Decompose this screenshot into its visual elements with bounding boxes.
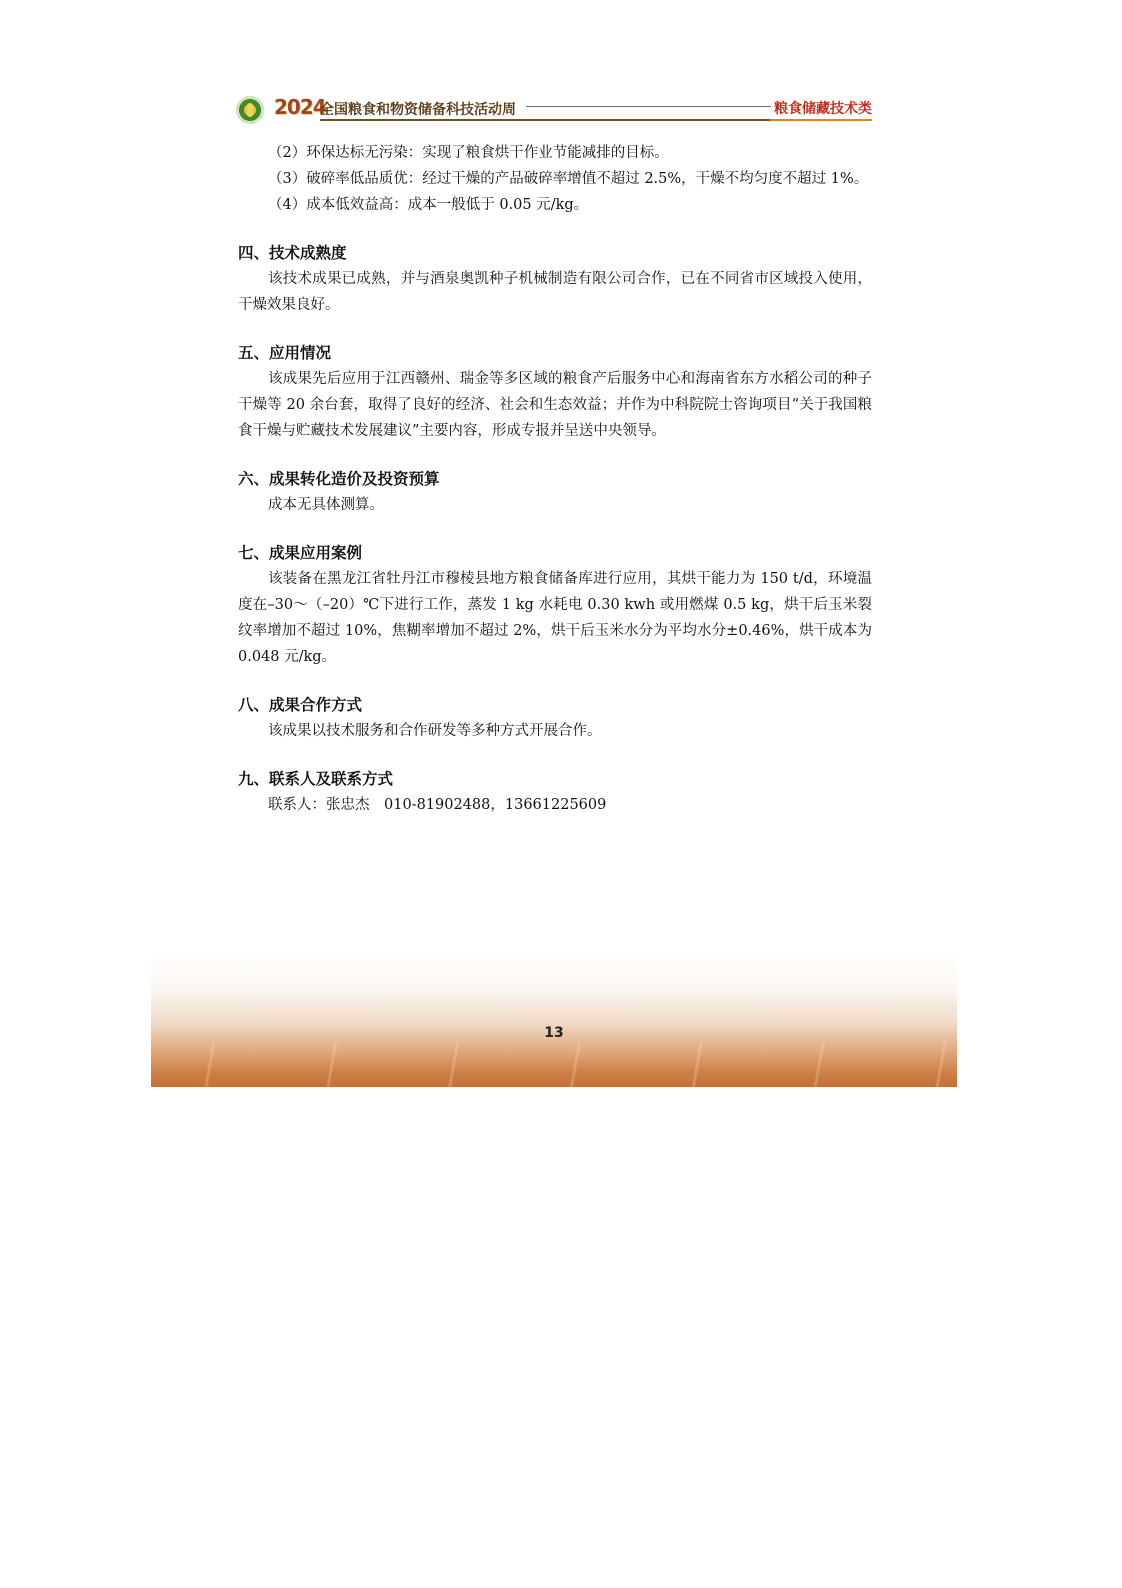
- intro-item: （2）环保达标无污染：实现了粮食烘干作业节能减排的目标。: [238, 140, 872, 166]
- header-rule: [526, 106, 771, 107]
- grain-emblem-icon: [236, 96, 264, 124]
- field-texture-decoration: [151, 1042, 957, 1087]
- section-heading-application: 五、应用情况: [238, 340, 872, 366]
- section-heading-budget: 六、成果转化造价及投资预算: [238, 466, 872, 492]
- wheat-ear-icon: [247, 103, 253, 117]
- section-paragraph: 该成果以技术服务和合作研发等多种方式开展合作。: [238, 718, 872, 744]
- header-accent-line: [770, 119, 872, 121]
- page-number: 13: [151, 1025, 957, 1041]
- contact-info: 联系人：张忠杰 010-81902488，13661225609: [238, 792, 872, 818]
- section-heading-contact: 九、联系人及联系方式: [238, 766, 872, 792]
- section-heading-case: 七、成果应用案例: [238, 540, 872, 566]
- section-heading-maturity: 四、技术成熟度: [238, 240, 872, 266]
- header-event-title: 全国粮食和物资储备科技活动周: [320, 99, 516, 119]
- section-heading-cooperation: 八、成果合作方式: [238, 692, 872, 718]
- header-category: 粮食储藏技术类: [774, 98, 872, 118]
- intro-item: （3）破碎率低品质优：经过干燥的产品破碎率增值不超过 2.5%，干燥不均匀度不超…: [238, 166, 872, 192]
- header-underline: [320, 119, 770, 121]
- page-footer-banner: 13: [151, 950, 957, 1087]
- intro-item: （4）成本低效益高：成本一般低于 0.05 元/kg。: [238, 192, 872, 218]
- header-year: 2024: [274, 95, 326, 119]
- document-body: （2）环保达标无污染：实现了粮食烘干作业节能减排的目标。 （3）破碎率低品质优：…: [238, 140, 872, 818]
- section-paragraph: 该装备在黑龙江省牡丹江市穆棱县地方粮食储备库进行应用，其烘干能力为 150 t/…: [238, 566, 872, 670]
- section-paragraph: 成本无具体测算。: [238, 492, 872, 518]
- section-paragraph: 该成果先后应用于江西赣州、瑞金等多区域的粮食产后服务中心和海南省东方水稻公司的种…: [238, 366, 872, 444]
- section-paragraph: 该技术成果已成熟，并与酒泉奥凯种子机械制造有限公司合作，已在不同省市区域投入使用…: [238, 266, 872, 318]
- page-header: 2024 全国粮食和物资储备科技活动周 粮食储藏技术类: [236, 94, 872, 126]
